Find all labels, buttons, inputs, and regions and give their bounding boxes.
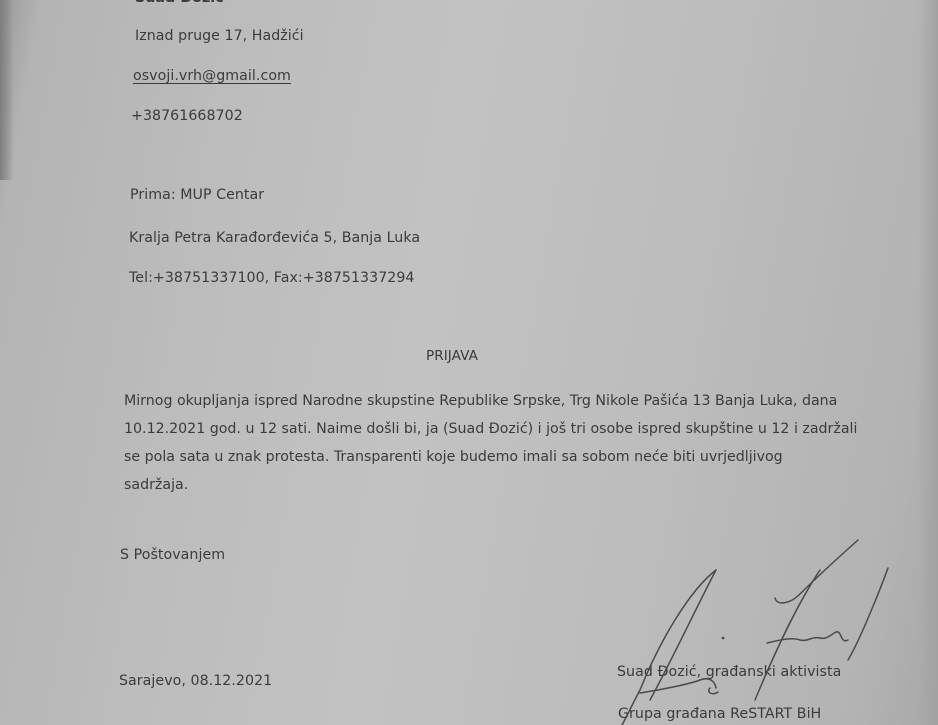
document-title: PRIJAVA — [426, 350, 478, 364]
page-shadow-right — [918, 0, 938, 725]
signatory-organization: Grupa građana ReSTART BiH — [618, 707, 821, 721]
place-and-date: Sarajevo, 08.12.2021 — [119, 674, 272, 688]
body-line: se pola sata u znak protesta. Transparen… — [124, 443, 854, 471]
body-line: sadržaja. — [124, 471, 854, 499]
page-shadow-left — [0, 0, 14, 180]
sender-address: Iznad pruge 17, Hadžići — [135, 29, 304, 43]
closing-salutation: S Poštovanjem — [120, 548, 225, 562]
sender-email-link[interactable]: osvoji.vrh@gmail.com — [133, 69, 291, 83]
recipient-label: Prima: MUP Centar — [130, 188, 264, 202]
sender-name: Suad Đozić — [135, 0, 224, 5]
body-line: Mirnog okupljanja ispred Narodne skupsti… — [124, 387, 854, 415]
body-line: 10.12.2021 god. u 12 sati. Naime došli b… — [124, 415, 854, 443]
recipient-contact: Tel:+38751337100, Fax:+38751337294 — [129, 271, 415, 285]
recipient-address: Kralja Petra Karađorđevića 5, Banja Luka — [129, 231, 420, 245]
document-body: Mirnog okupljanja ispred Narodne skupsti… — [124, 387, 854, 499]
sender-phone: +38761668702 — [131, 109, 243, 123]
signatory-name: Suad Đozić, građanski aktivista — [617, 665, 841, 679]
